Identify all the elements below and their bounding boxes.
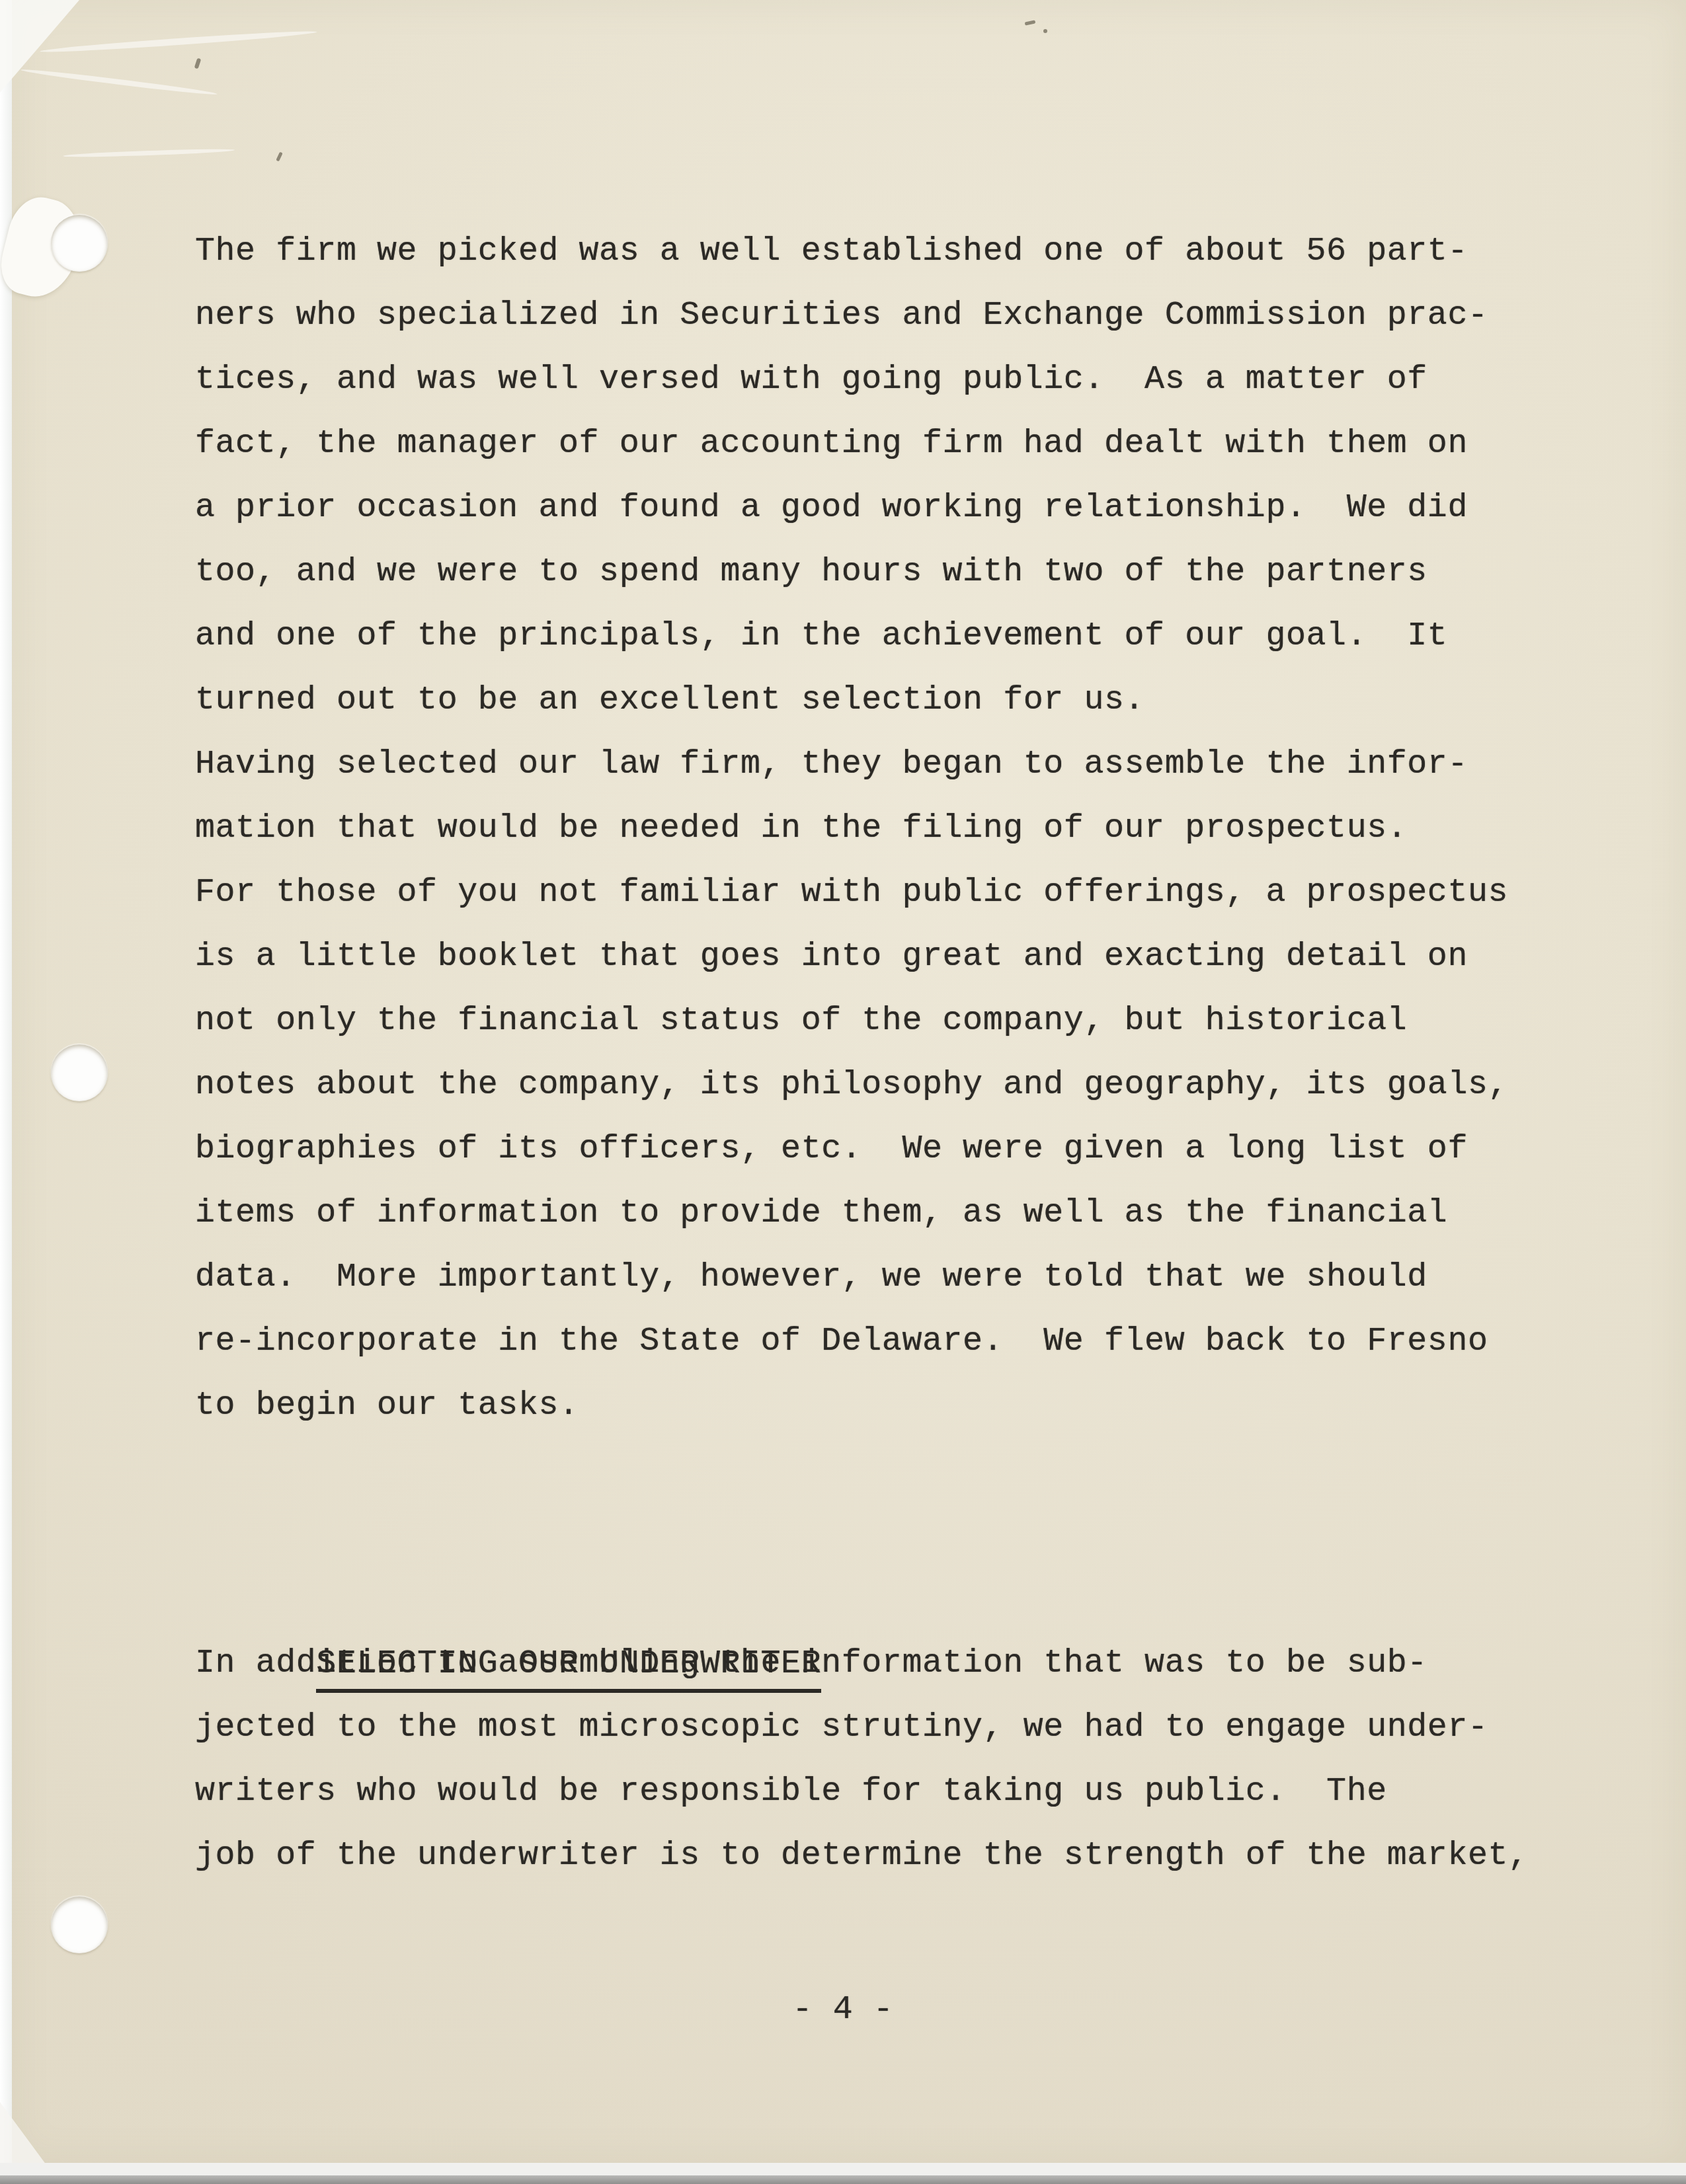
text-line: biographies of its officers, etc. We wer… bbox=[195, 1117, 1550, 1181]
scanned-document-page: The firm we picked was a well establishe… bbox=[0, 0, 1686, 2184]
paragraph-law-firm: The firm we picked was a well establishe… bbox=[195, 219, 1550, 732]
text-line: and one of the principals, in the achiev… bbox=[195, 604, 1550, 668]
text-line: mation that would be needed in the filin… bbox=[195, 797, 1550, 861]
text-line: a prior occasion and found a good workin… bbox=[195, 476, 1550, 540]
text-line: In addition to assembling the informatio… bbox=[195, 1631, 1550, 1696]
text-line: For those of you not familiar with publi… bbox=[195, 861, 1550, 925]
text-line: Having selected our law firm, they began… bbox=[195, 732, 1550, 797]
text-line: to begin our tasks. bbox=[195, 1374, 1550, 1438]
text-line: re-incorporate in the State of Delaware.… bbox=[195, 1309, 1550, 1374]
text-line: too, and we were to spend many hours wit… bbox=[195, 540, 1550, 604]
text-line: is a little booklet that goes into great… bbox=[195, 925, 1550, 989]
paragraph-prospectus: Having selected our law firm, they began… bbox=[195, 732, 1550, 1438]
text-line: The firm we picked was a well establishe… bbox=[195, 219, 1550, 284]
text-line: writers who would be responsible for tak… bbox=[195, 1760, 1550, 1824]
typewritten-text-layer: The firm we picked was a well establishe… bbox=[0, 0, 1686, 2184]
text-line: job of the underwriter is to determine t… bbox=[195, 1824, 1550, 1888]
text-line: ners who specialized in Securities and E… bbox=[195, 284, 1550, 348]
scanner-edge-bottom-dark bbox=[0, 2175, 1686, 2184]
text-line: jected to the most microscopic strutiny,… bbox=[195, 1696, 1550, 1760]
text-line: tices, and was well versed with going pu… bbox=[195, 348, 1550, 412]
text-line: notes about the company, its philosophy … bbox=[195, 1053, 1550, 1117]
text-line: items of information to provide them, as… bbox=[195, 1181, 1550, 1245]
text-line: fact, the manager of our accounting firm… bbox=[195, 412, 1550, 476]
page-number: - 4 - bbox=[195, 1978, 1491, 2042]
paragraph-underwriter: In addition to assembling the informatio… bbox=[195, 1631, 1550, 1888]
text-line: turned out to be an excellent selection … bbox=[195, 668, 1550, 732]
text-line: data. More importantly, however, we were… bbox=[195, 1245, 1550, 1309]
text-line: not only the financial status of the com… bbox=[195, 989, 1550, 1053]
